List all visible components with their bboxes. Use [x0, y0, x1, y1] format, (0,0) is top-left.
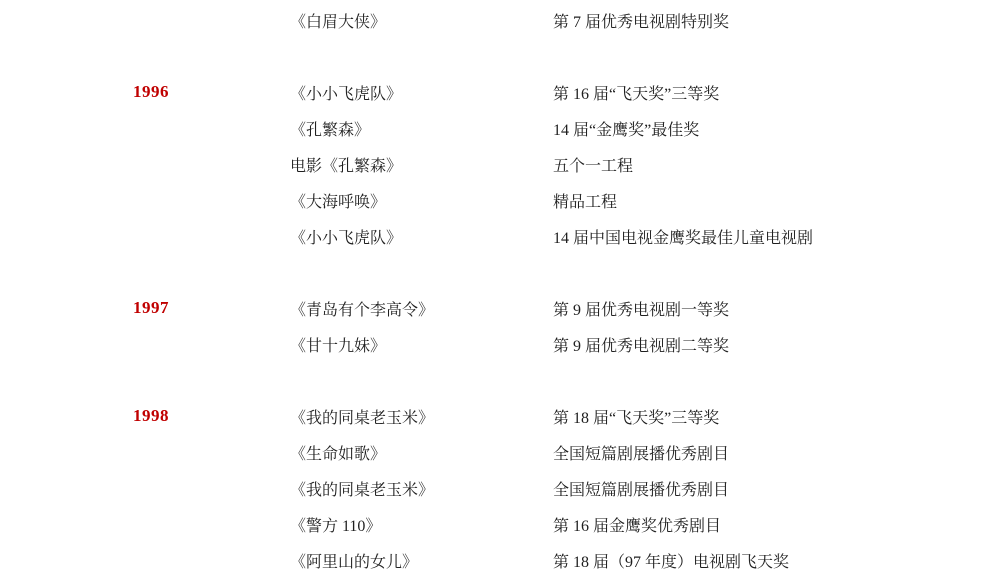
award-name: 全国短篇剧展播优秀剧目	[553, 477, 1007, 500]
year-group: 1997 《青岛有个李高令》 第 9 届优秀电视剧一等奖 《甘十九妹》 第 9 …	[133, 290, 1007, 362]
work-title: 《我的同桌老玉米》	[290, 405, 553, 428]
year-group: 1998 《我的同桌老玉米》 第 18 届“飞天奖”三等奖 《生命如歌》 全国短…	[133, 398, 1007, 574]
award-name: 精品工程	[553, 189, 1007, 212]
award-name: 第 16 届金鹰奖优秀剧目	[553, 513, 1007, 536]
award-name: 14 届中国电视金鹰奖最佳儿童电视剧	[553, 225, 1007, 248]
table-row: 《大海呼唤》 精品工程	[133, 182, 1007, 218]
award-name: 14 届“金鹰奖”最佳奖	[553, 117, 1007, 140]
year-group: 1996 《小小飞虎队》 第 16 届“飞天奖”三等奖 《孔繁森》 14 届“金…	[133, 74, 1007, 254]
award-name: 第 7 届优秀电视剧特别奖	[553, 9, 1007, 32]
table-row: 《阿里山的女儿》 第 18 届（97 年度）电视剧飞天奖	[133, 542, 1007, 574]
work-title: 《小小飞虎队》	[290, 81, 553, 104]
work-title: 《生命如歌》	[290, 441, 553, 464]
work-title: 《小小飞虎队》	[290, 225, 553, 248]
table-row: 《孔繁森》 14 届“金鹰奖”最佳奖	[133, 110, 1007, 146]
table-row: 《白眉大侠》 第 7 届优秀电视剧特别奖	[133, 2, 1007, 38]
award-name: 五个一工程	[553, 153, 1007, 176]
year-label: 1997	[133, 298, 290, 318]
year-label: 1998	[133, 406, 290, 426]
work-title: 《青岛有个李高令》	[290, 297, 553, 320]
table-row: 《生命如歌》 全国短篇剧展播优秀剧目	[133, 434, 1007, 470]
awards-table: 《白眉大侠》 第 7 届优秀电视剧特别奖 1996 《小小飞虎队》 第 16 届…	[0, 0, 1007, 574]
award-name: 第 16 届“飞天奖”三等奖	[553, 81, 1007, 104]
table-row: 《警方 110》 第 16 届金鹰奖优秀剧目	[133, 506, 1007, 542]
work-title: 《阿里山的女儿》	[290, 549, 553, 572]
work-title: 《白眉大侠》	[290, 9, 553, 32]
table-row: 《我的同桌老玉米》 全国短篇剧展播优秀剧目	[133, 470, 1007, 506]
work-title: 《我的同桌老玉米》	[290, 477, 553, 500]
table-row: 《小小飞虎队》 14 届中国电视金鹰奖最佳儿童电视剧	[133, 218, 1007, 254]
table-row: 1996 《小小飞虎队》 第 16 届“飞天奖”三等奖	[133, 74, 1007, 110]
table-row: 《甘十九妹》 第 9 届优秀电视剧二等奖	[133, 326, 1007, 362]
year-group: 《白眉大侠》 第 7 届优秀电视剧特别奖	[133, 2, 1007, 38]
award-name: 第 9 届优秀电视剧二等奖	[553, 333, 1007, 356]
work-title: 《大海呼唤》	[290, 189, 553, 212]
table-row: 1997 《青岛有个李高令》 第 9 届优秀电视剧一等奖	[133, 290, 1007, 326]
work-title: 《警方 110》	[290, 513, 553, 536]
year-label: 1996	[133, 82, 290, 102]
award-name: 第 18 届（97 年度）电视剧飞天奖	[553, 549, 1007, 572]
table-row: 电影《孔繁森》 五个一工程	[133, 146, 1007, 182]
work-title: 《孔繁森》	[290, 117, 553, 140]
award-name: 第 9 届优秀电视剧一等奖	[553, 297, 1007, 320]
award-name: 第 18 届“飞天奖”三等奖	[553, 405, 1007, 428]
work-title: 电影《孔繁森》	[290, 153, 553, 176]
table-row: 1998 《我的同桌老玉米》 第 18 届“飞天奖”三等奖	[133, 398, 1007, 434]
award-name: 全国短篇剧展播优秀剧目	[553, 441, 1007, 464]
work-title: 《甘十九妹》	[290, 333, 553, 356]
